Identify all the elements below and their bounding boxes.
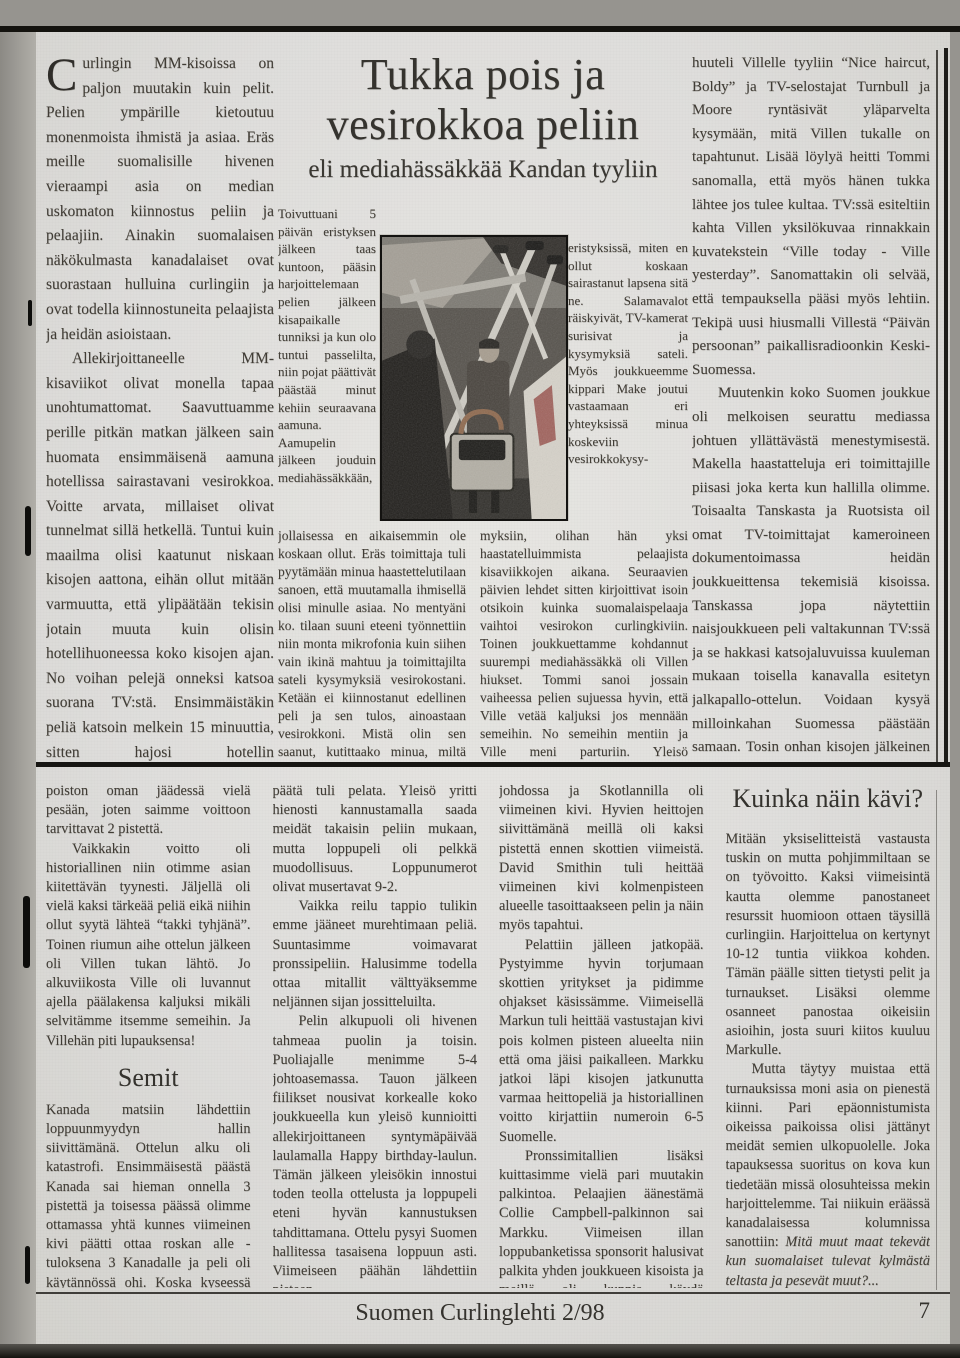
bottom3-paragraph-1: johdossa ja Skotlannilla oli viimeinen k… xyxy=(499,782,704,936)
headline-line-2: vesirokkoa peliin xyxy=(278,100,688,150)
scan-artifact xyxy=(23,896,30,968)
right-column: huuteli Villelle tyyliin “Nice haircut, … xyxy=(692,52,930,762)
intro-paragraph-2: Allekirjoittaneelle MM-kisaviikot olivat… xyxy=(46,347,274,764)
magazine-page-scan: Curlingin MM-kisoissa on paljon muutakin… xyxy=(0,0,960,1358)
page-frame-line xyxy=(936,790,937,1290)
intro-paragraph-1: Curlingin MM-kisoissa on paljon muutakin… xyxy=(46,52,274,347)
scan-artifact xyxy=(28,300,32,326)
article-subtitle: eli mediahässäkkää Kandan tyyliin xyxy=(278,155,688,185)
bottom-column-2: päätä tuli pelata. Yleisö yritti hienost… xyxy=(273,782,478,1288)
bottom1-paragraph-2: Vaikkakin voitto oli historiallinen niin… xyxy=(46,840,251,1051)
text-left-of-photo: Toivuttuani 5 päivän eristyksen jälkeen … xyxy=(278,205,376,517)
right-paragraph-1: huuteli Villelle tyyliin “Nice haircut, … xyxy=(692,52,930,382)
semit-heading: Semit xyxy=(46,1063,251,1093)
text-right-of-photo: eristyksissä, miten en ollut koskaan sai… xyxy=(568,239,688,521)
bottom4-paragraph-2: Mutta täytyy muistaa että turnauksissa m… xyxy=(726,1060,931,1288)
scan-artifact xyxy=(25,506,31,556)
below-photo-right-column: myksiin, olihan hän yksi haastatelluimmi… xyxy=(480,527,688,764)
page-number: 7 xyxy=(860,1298,930,1324)
bottom3-paragraph-2: Pelattiin jälleen jatkopää. Pystyimme hy… xyxy=(499,936,704,1147)
bottom4-paragraph-1: Mitään yksiselitteistä vastausta tuskin … xyxy=(726,830,931,1060)
scan-bottom-edge xyxy=(0,1344,960,1358)
intro-column: Curlingin MM-kisoissa on paljon muutakin… xyxy=(46,52,274,764)
right-paragraph-2: Muutenkin koko Suomen joukkue oli melkoi… xyxy=(692,382,930,762)
drop-cap: C xyxy=(46,52,82,94)
footer-rule xyxy=(36,1292,950,1294)
bottom1-paragraph-1: poiston oman jäädessä vielä pesään, jote… xyxy=(46,782,251,840)
article-photo xyxy=(380,235,568,521)
article-headline: Tukka pois ja vesirokkoa peliin xyxy=(278,50,688,150)
bottom1-paragraph-3: Kanada matsiin lähdettiin loppuunmyydyn … xyxy=(46,1101,251,1288)
bottom2-paragraph-3: Pelin alkupuoli oli hivenen tahmeaa puol… xyxy=(273,1012,478,1288)
below-photo-row: jollaisessa en aikaisemmin ole koskaan o… xyxy=(278,523,688,764)
bottom-column-3: johdossa ja Skotlannilla oli viimeinen k… xyxy=(499,782,704,1288)
bottom-column-4: Kuinka näin kävi? Mitään yksiselitteistä… xyxy=(726,782,931,1288)
kuinka-heading: Kuinka näin kävi? xyxy=(726,784,931,814)
headline-line-1: Tukka pois ja xyxy=(278,50,688,100)
page-frame-line xyxy=(944,48,948,766)
section-divider-rule xyxy=(36,762,950,767)
photo-illustration xyxy=(382,237,566,519)
center-column: Tukka pois ja vesirokkoa peliin eli medi… xyxy=(278,50,688,764)
below-photo-left-column: jollaisessa en aikaisemmin ole koskaan o… xyxy=(278,527,466,764)
page-frame-line xyxy=(936,50,938,764)
photo-row: Toivuttuani 5 päivän eristyksen jälkeen … xyxy=(278,201,688,521)
journal-footer: Suomen Curlinglehti 2/98 xyxy=(0,1300,960,1327)
scan-artifact xyxy=(25,1246,30,1284)
bottom-section: poiston oman jäädessä vielä pesään, jote… xyxy=(46,782,930,1288)
bottom2-paragraph-2: Vaikka reilu tappio tulikin emme jääneet… xyxy=(273,897,478,1012)
bottom3-paragraph-3: Pronssimitallien lisäksi kuittasimme vie… xyxy=(499,1147,704,1288)
bottom2-paragraph-1: päätä tuli pelata. Yleisö yritti hienost… xyxy=(273,782,478,897)
bottom-column-1: poiston oman jäädessä vielä pesään, jote… xyxy=(46,782,251,1288)
scan-left-margin xyxy=(0,32,36,1344)
